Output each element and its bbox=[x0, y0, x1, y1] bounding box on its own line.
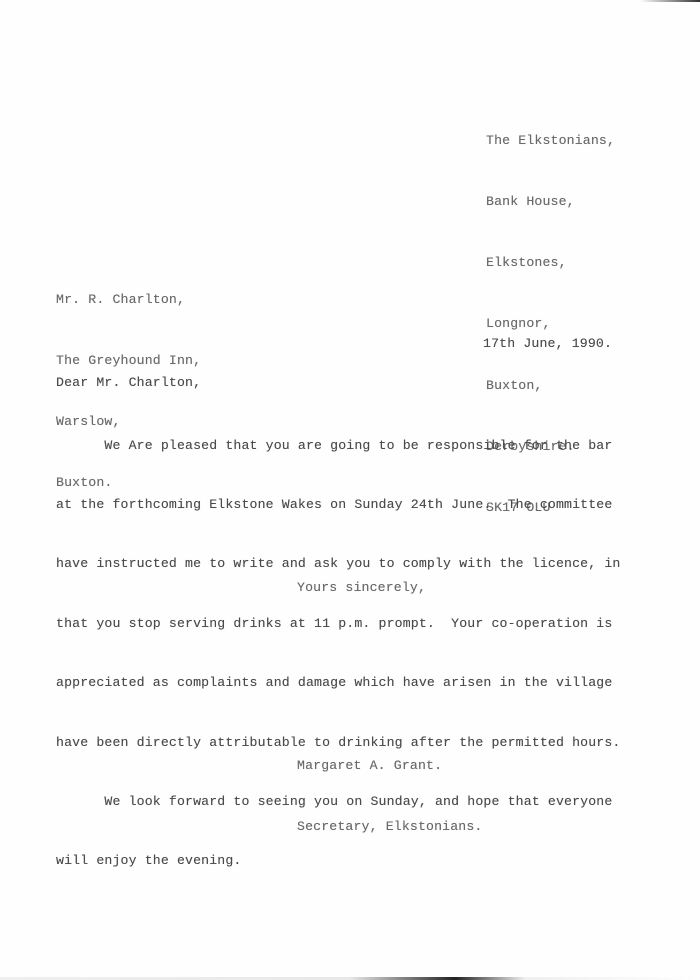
signature-title: Secretary, Elkstonians. bbox=[297, 817, 482, 837]
body-line: have instructed me to write and ask you … bbox=[56, 554, 620, 574]
sender-address-line: The Elkstonians, bbox=[486, 131, 615, 151]
recipient-address-line: The Greyhound Inn, bbox=[56, 351, 201, 371]
body-line: that you stop serving drinks at 11 p.m. … bbox=[56, 614, 620, 634]
body-line: at the forthcoming Elkstone Wakes on Sun… bbox=[56, 495, 620, 515]
body-line: appreciated as complaints and damage whi… bbox=[56, 673, 620, 693]
signature-block: Margaret A. Grant. Secretary, Elkstonian… bbox=[297, 715, 482, 878]
recipient-address-line: Mr. R. Charlton, bbox=[56, 290, 201, 310]
sender-address-line: Longnor, bbox=[486, 314, 615, 334]
page-edge-top bbox=[640, 0, 700, 2]
letter-date: 17th June, 1990. bbox=[483, 334, 612, 354]
body-line: We Are pleased that you are going to be … bbox=[56, 436, 620, 456]
sender-address-line: Elkstones, bbox=[486, 253, 615, 273]
salutation: Dear Mr. Charlton, bbox=[56, 373, 201, 393]
sender-address-line: Buxton, bbox=[486, 376, 615, 396]
signature-name: Margaret A. Grant. bbox=[297, 756, 482, 776]
closing: Yours sincerely, bbox=[297, 578, 426, 598]
letter-page: The Elkstonians, Bank House, Elkstones, … bbox=[0, 0, 700, 980]
sender-address-line: Bank House, bbox=[486, 192, 615, 212]
